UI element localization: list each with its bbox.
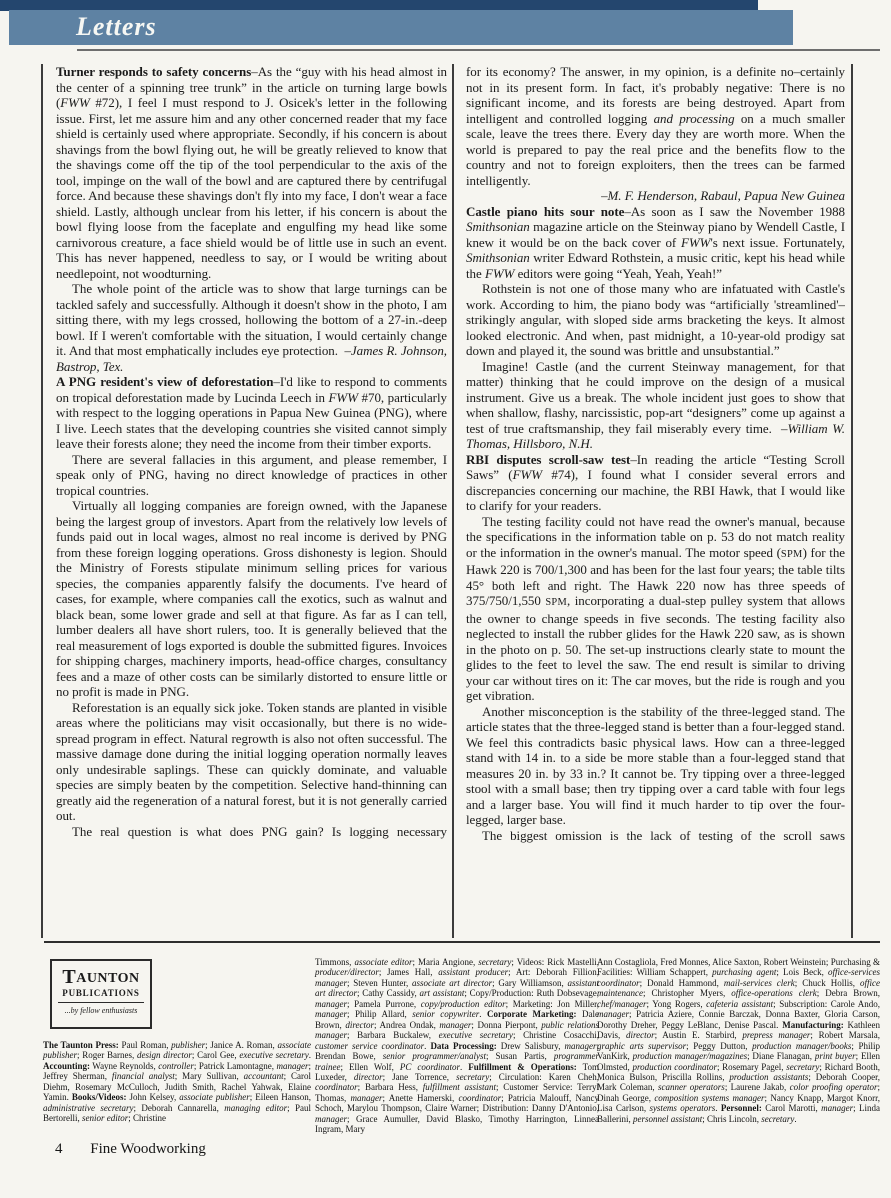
letter-paragraph: Another misconception is the stability o… <box>466 704 845 828</box>
column-rule-left <box>41 64 43 938</box>
letters-column-right: for its economy? The answer, in my opini… <box>466 64 845 938</box>
header-rule <box>77 49 880 51</box>
letter-paragraph: The testing facility could not have read… <box>466 514 845 704</box>
masthead-column-3: Ann Costagliola, Fred Monnes, Alice Saxt… <box>597 957 880 1124</box>
column-rule-right <box>851 64 853 938</box>
letter-paragraph: A PNG resident's view of deforestation–I… <box>56 374 447 452</box>
letter-paragraph: The biggest omission is the lack of test… <box>466 828 845 844</box>
logo-tagline: ...by fellow enthusiasts <box>52 1006 150 1015</box>
letter-paragraph: Turner responds to safety concerns–As th… <box>56 64 447 281</box>
letter-paragraph: The real question is what does PNG gain?… <box>56 824 447 840</box>
letter-paragraph: Rothstein is not one of those many who a… <box>466 281 845 359</box>
page-title: Letters <box>76 12 157 42</box>
taunton-publications-logo: TAUNTON PUBLICATIONS ...by fellow enthus… <box>50 959 152 1029</box>
letters-column-left: Turner responds to safety concerns–As th… <box>56 64 447 938</box>
letter-paragraph: for its economy? The answer, in my opini… <box>466 64 845 188</box>
magazine-page: Letters Turner responds to safety concer… <box>0 0 891 1198</box>
letter-paragraph: The whole point of the article was to sh… <box>56 281 447 374</box>
logo-title-rest: AUNTON <box>76 971 139 986</box>
logo-subtitle: PUBLICATIONS <box>52 988 150 998</box>
masthead-divider <box>44 941 880 943</box>
logo-title: TAUNTON <box>52 966 150 989</box>
letter-paragraph: Imagine! Castle (and the current Steinwa… <box>466 359 845 452</box>
letter-paragraph: RBI disputes scroll-saw test–In reading … <box>466 452 845 514</box>
masthead-column-1: The Taunton Press: Paul Roman, publisher… <box>43 1040 311 1124</box>
letter-paragraph: Castle piano hits sour note–As soon as I… <box>466 204 845 282</box>
logo-initial: T <box>62 966 76 988</box>
logo-divider <box>58 1002 144 1003</box>
column-rule-middle <box>452 64 454 938</box>
letter-paragraph: Virtually all logging companies are fore… <box>56 498 447 700</box>
letter-paragraph: There are several fallacies in this argu… <box>56 452 447 499</box>
page-number: 4 <box>55 1141 63 1157</box>
masthead-column-2: Timmons, associate editor; Maria Angione… <box>315 957 599 1135</box>
folio-line: 4 Fine Woodworking <box>55 1141 206 1158</box>
letter-paragraph: Reforestation is an equally sick joke. T… <box>56 700 447 824</box>
magazine-name: Fine Woodworking <box>90 1141 206 1157</box>
letter-paragraph: –M. F. Henderson, Rabaul, Papua New Guin… <box>466 188 845 204</box>
